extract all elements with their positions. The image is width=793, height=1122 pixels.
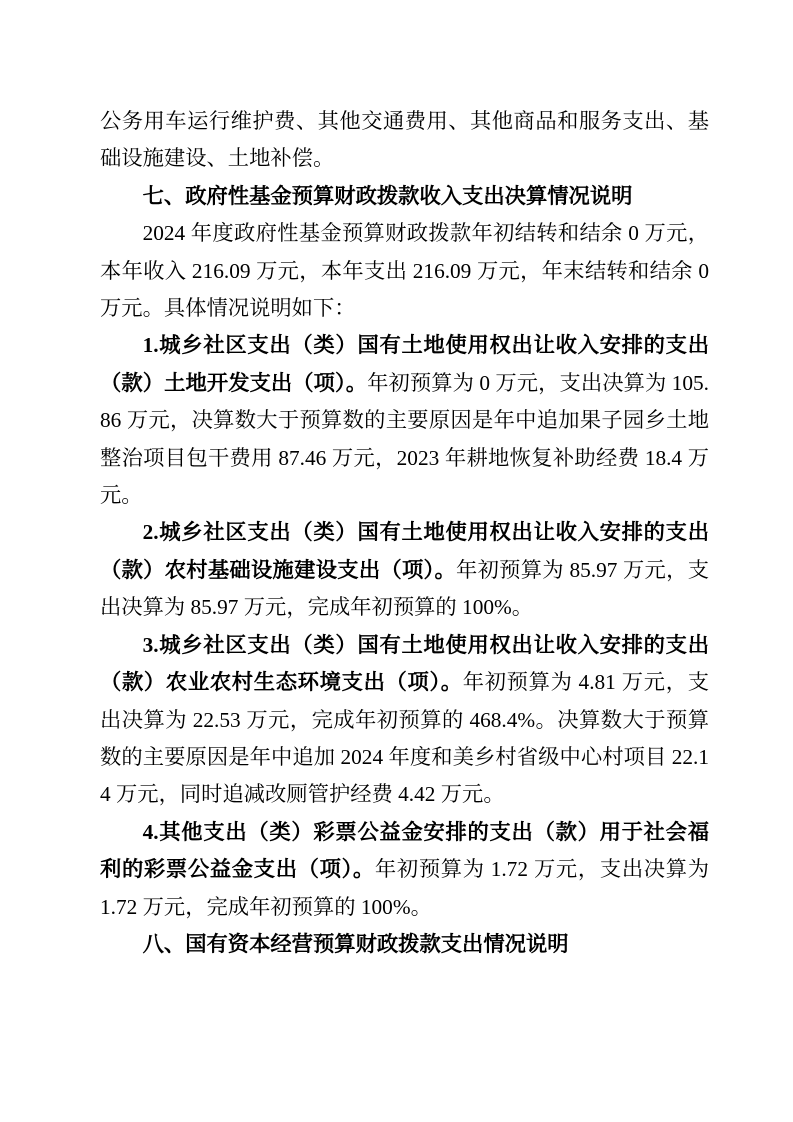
section-heading-eight: 八、国有资本经营预算财政拨款支出情况说明 xyxy=(100,926,709,963)
heading-text: 八、国有资本经营预算财政拨款支出情况说明 xyxy=(143,932,569,956)
paragraph-text: 公务用车运行维护费、其他交通费用、其他商品和服务支出、基础设施建设、土地补偿。 xyxy=(100,109,709,170)
paragraph-item-4: 4.其他支出（类）彩票公益金安排的支出（款）用于社会福利的彩票公益金支出（项）。… xyxy=(100,814,709,926)
paragraph-continuation: 公务用车运行维护费、其他交通费用、其他商品和服务支出、基础设施建设、土地补偿。 xyxy=(100,103,709,178)
paragraph-summary: 2024 年度政府性基金预算财政拨款年初结转和结余 0 万元，本年收入 216.… xyxy=(100,215,709,327)
heading-text: 七、政府性基金预算财政拨款收入支出决算情况说明 xyxy=(143,184,633,208)
document-page: 公务用车运行维护费、其他交通费用、其他商品和服务支出、基础设施建设、土地补偿。 … xyxy=(0,0,793,1122)
paragraph-item-1: 1.城乡社区支出（类）国有土地使用权出让收入安排的支出（款）土地开发支出（项）。… xyxy=(100,327,709,514)
paragraph-text: 2024 年度政府性基金预算财政拨款年初结转和结余 0 万元，本年收入 216.… xyxy=(100,221,709,320)
section-heading-seven: 七、政府性基金预算财政拨款收入支出决算情况说明 xyxy=(100,178,709,215)
paragraph-item-2: 2.城乡社区支出（类）国有土地使用权出让收入安排的支出（款）农村基础设施建设支出… xyxy=(100,514,709,626)
paragraph-item-3: 3.城乡社区支出（类）国有土地使用权出让收入安排的支出（款）农业农村生态环境支出… xyxy=(100,627,709,814)
